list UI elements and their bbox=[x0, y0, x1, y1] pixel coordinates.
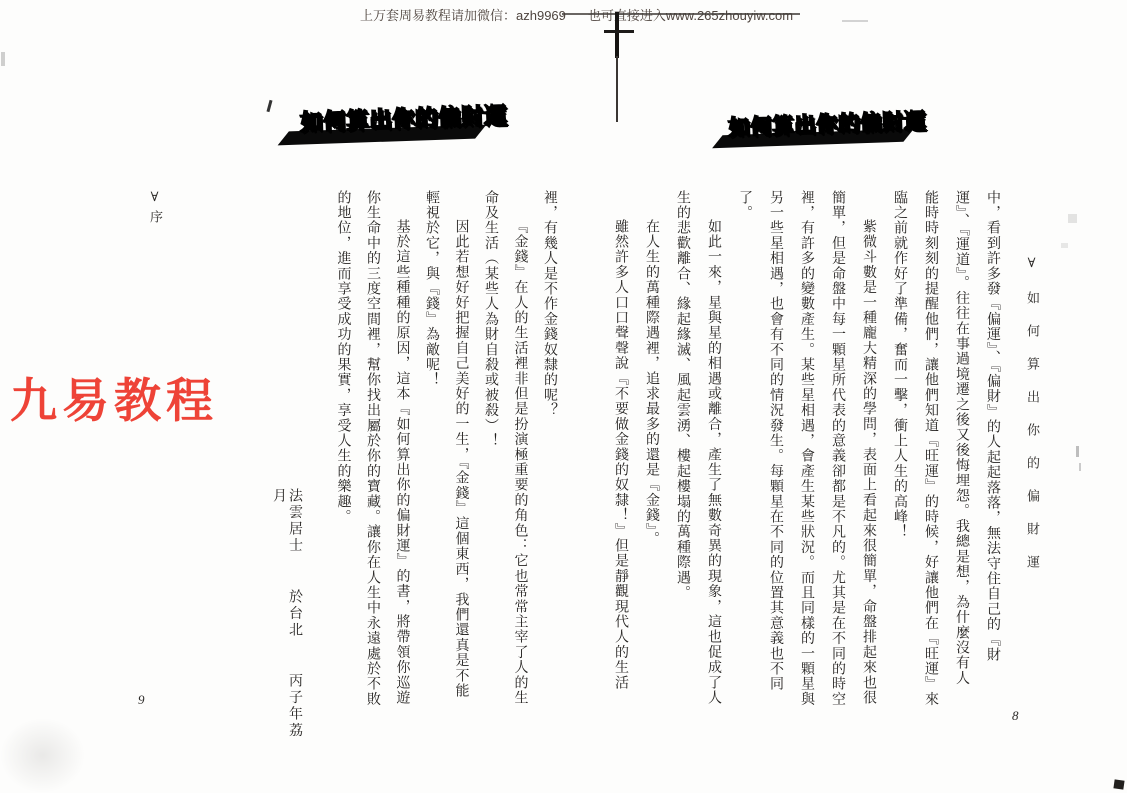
text-column: 如此一來，星與星的相遇或離合，產生了無數奇異的現象，這也促成了人 bbox=[705, 190, 721, 760]
text-column: 簡單，但是命盤中每一顆星所代表的意義卻都是不凡的。尤其是在不同的時空 bbox=[829, 190, 845, 760]
running-head-right: ∀如何算出你的偏財運 bbox=[1024, 256, 1040, 588]
text-column: 臨之前就作好了準備，奮而一擊，衝上人生的高峰！ bbox=[891, 190, 907, 760]
author-signature: 法雲居士 於台北 丙子年荔月 bbox=[270, 488, 302, 748]
scan-speck bbox=[1, 52, 5, 66]
chapter-banner-right: 如何算出你的偏財運 bbox=[714, 106, 934, 158]
scan-speck bbox=[842, 20, 868, 22]
text-column: 能時時刻刻的提醒他們，讓他們知道『旺運』的時候，好讓他們在『旺運』來 bbox=[922, 190, 938, 760]
text-column: 基於這些種種的原因，這本『如何算出你的偏財運』的書，將帶領你巡遊 bbox=[394, 190, 410, 760]
book-scan-page: 上万套周易教程请加微信：azh9969 也可直接进入www.265zhouyiw… bbox=[0, 0, 1127, 793]
text-column: 紫微斗數是一種龐大精深的學問，表面上看起來很簡單，命盤排起來也很 bbox=[860, 190, 876, 760]
running-head-left: ∀序 bbox=[147, 190, 163, 228]
text-column: 的地位，進而享受成功的果實，享受人生的樂趣。 bbox=[335, 190, 351, 760]
fold-mark-vertical-thin bbox=[616, 56, 618, 122]
right-page-text-block: 中，看到許多發『偏運』、『偏財』的人起起落落，無法守住自己的『財運』、『運道』。… bbox=[612, 190, 1000, 760]
text-column: 另一些星相遇，也會有不同的情況發生。每顆星在不同的位置其意義也不同 bbox=[767, 190, 783, 760]
watermark-text: 九易教程 bbox=[10, 364, 218, 431]
text-column: 輕視於它，與『錢』為敵呢！ bbox=[423, 190, 439, 760]
text-column: 運』、『運道』。往往在事過境遷之後又後悔埋怨。我總是想，為什麼沒有人 bbox=[953, 190, 969, 760]
signature-name: 法雲居士 bbox=[287, 488, 302, 554]
fold-mark-vertical bbox=[615, 12, 619, 58]
left-page-text-block: 裡，有幾人是不作金錢奴隸的呢？『金錢』在人的生活裡非但是扮演極重要的角色：它也常… bbox=[335, 190, 558, 760]
text-column: 裡，有幾人是不作金錢奴隸的呢？ bbox=[541, 190, 557, 760]
signature-place: 於台北 bbox=[287, 589, 302, 639]
page-number-left: 9 bbox=[138, 692, 145, 708]
scan-smudge bbox=[0, 718, 85, 793]
text-column: 因此若想好好把握自己美好的一生，『金錢』這個東西，我們還真是不能 bbox=[453, 190, 469, 760]
scan-speck bbox=[1113, 779, 1124, 789]
text-column: 中，看到許多發『偏運』、『偏財』的人起起落落，無法守住自己的『財 bbox=[984, 190, 1000, 760]
scan-speck bbox=[1068, 214, 1077, 223]
scan-speck bbox=[266, 100, 272, 112]
text-column: 在人生的萬種際遇裡，追求最多的還是『金錢』。 bbox=[643, 190, 659, 760]
text-column: 生的悲歡離合、緣起緣滅、風起雲湧、樓起樓塌的萬種際遇。 bbox=[674, 190, 690, 760]
chapter-banner-left: 如何算出你的偏財運 bbox=[278, 100, 498, 152]
fold-mark-cross bbox=[604, 30, 634, 33]
text-column: 命及生活（某些人為財自殺或被殺）！ bbox=[482, 190, 498, 760]
text-column: 『金錢』在人的生活裡非但是扮演極重要的角色：它也常常主宰了人的生 bbox=[512, 190, 528, 760]
text-column: 了。 bbox=[736, 190, 752, 760]
ad-wechat-text: 上万套周易教程请加微信：azh9969 bbox=[360, 5, 566, 24]
scan-speck bbox=[1076, 446, 1079, 457]
scan-speck bbox=[1079, 463, 1081, 471]
text-column: 你生命中的三度空間裡，幫你找出屬於你的寶藏。讓你在人生中永遠處於不敗 bbox=[364, 190, 380, 760]
scan-speck bbox=[1061, 243, 1068, 248]
scan-strike-line bbox=[562, 13, 800, 15]
text-column: 裡，有許多的變數產生。某些星相遇，會產生某些狀況。而且同樣的一顆星與 bbox=[798, 190, 814, 760]
page-number-right: 8 bbox=[1012, 708, 1019, 724]
text-column: 雖然許多人口口聲聲說『不要做金錢的奴隸！』但是靜觀現代人的生活 bbox=[612, 190, 628, 760]
